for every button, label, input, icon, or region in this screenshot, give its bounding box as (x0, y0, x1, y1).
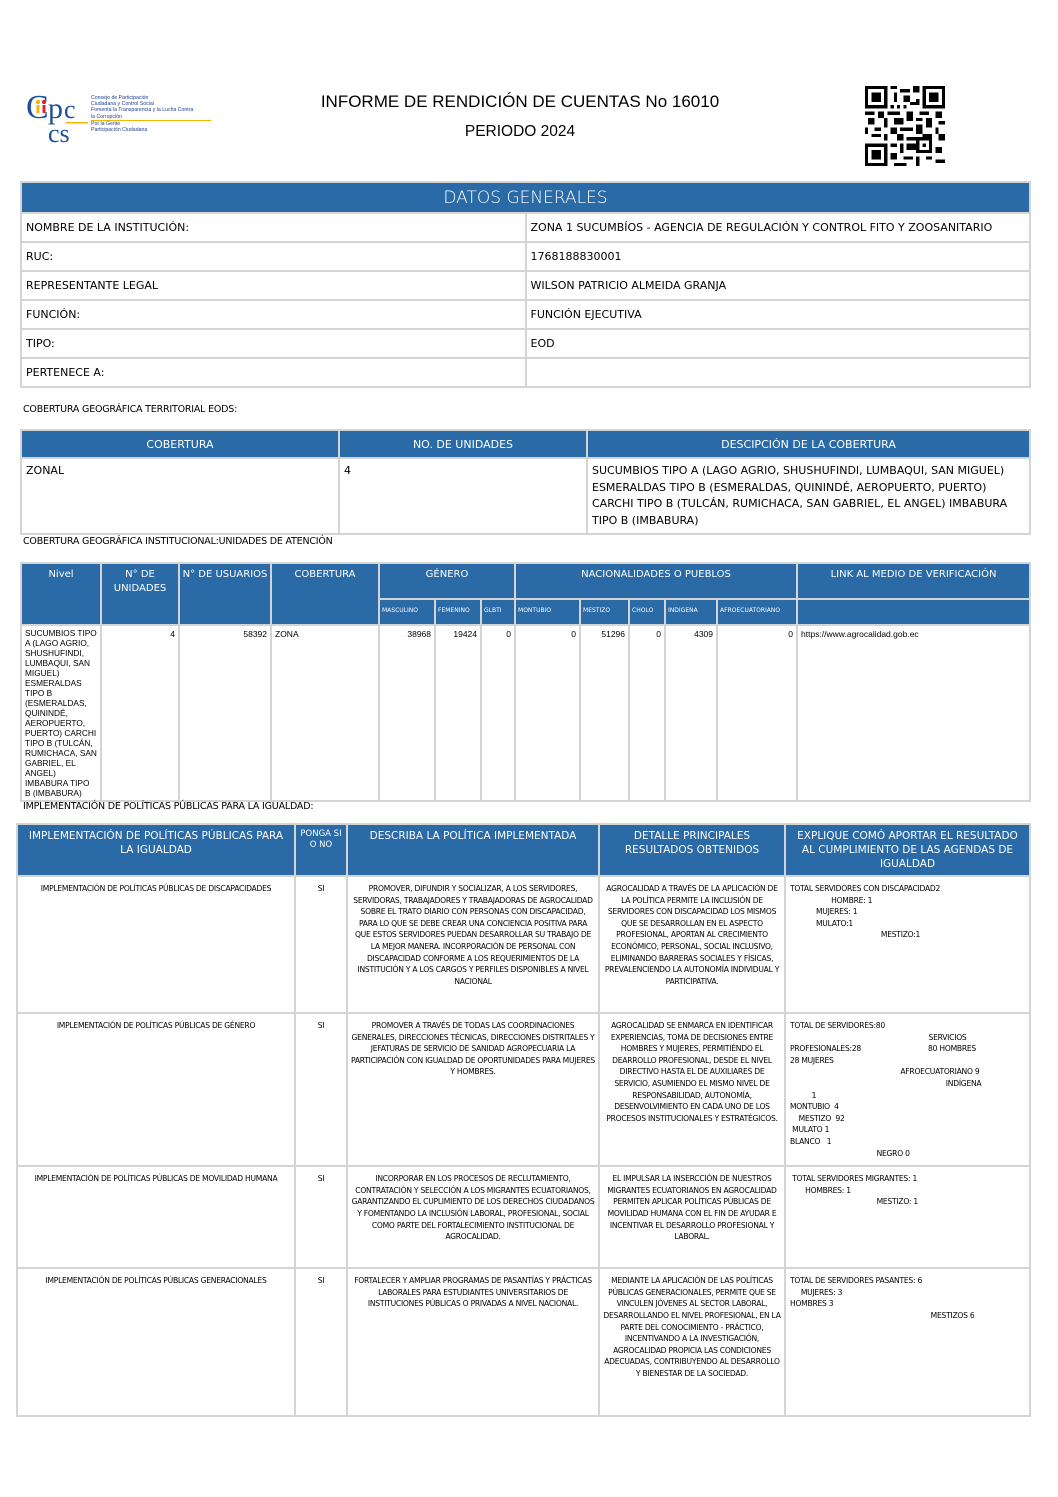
mestizo-value: 51296 (580, 625, 629, 801)
column-header: LINK AL MEDIO DE VERIFICACIÓN (797, 563, 1030, 599)
column-header: NO. DE UNIDADES (339, 430, 587, 458)
logo-line: la Corrupción (91, 114, 211, 121)
institutional-caption: COBERTURA GEOGRÁFICA INSTITUCIONAL:UNIDA… (23, 536, 333, 547)
field-value: WILSON PATRICIO ALMEIDA GRANJA (526, 271, 1031, 300)
policy-description: INCORPORAR EN LOS PROCESOS DE RECLUTAMIE… (347, 1166, 599, 1268)
table-row: NOMBRE DE LA INSTITUCIÓN: ZONA 1 SUCUMBÍ… (21, 213, 1030, 242)
afroecuatoriano-value: 0 (717, 625, 797, 801)
policy-name: IMPLEMENTACIÓN DE POLÍTICAS PÚBLICAS DE … (17, 1166, 295, 1268)
sub-header: MESTIZO (580, 599, 629, 625)
table-row: REPRESENTANTE LEGAL WILSON PATRICIO ALME… (21, 271, 1030, 300)
field-label: TIPO: (21, 329, 526, 358)
column-header: PONGA SI O NO (295, 824, 347, 876)
indigena-value: 4309 (665, 625, 717, 801)
table-row: SUCUMBIOS TIPO A (LAGO AGRIO, SHUSHUFIND… (21, 625, 1030, 801)
column-header: COBERTURA (21, 430, 339, 458)
masculino-value: 38968 (379, 625, 435, 801)
table-row: PERTENECE A: (21, 358, 1030, 387)
equality-policies-table: IMPLEMENTACIÓN DE POLÍTICAS PÚBLICAS PAR… (16, 823, 1031, 1417)
sub-header: MASCULINO (379, 599, 435, 625)
column-header: DESCIPCIÓN DE LA COBERTURA (587, 430, 1030, 458)
report-title: INFORME DE RENDICIÓN DE CUENTAS No 16010 (250, 92, 790, 112)
policy-results: AGROCALIDAD A TRAVÉS DE LA APLICACIÓN DE… (599, 876, 785, 1013)
policy-yes-no: SI (295, 876, 347, 1013)
column-header: EXPLIQUE COMÓ APORTAR EL RESULTADO AL CU… (785, 824, 1030, 876)
logo-caption: Consejo de Participación Ciudadana y Con… (91, 95, 211, 133)
field-value: 1768188830001 (526, 242, 1031, 271)
coverage-type: ZONAL (21, 458, 339, 534)
policies-caption: IMPLEMENTACIÓN DE POLÍTICAS PÚBLICAS PAR… (23, 801, 313, 812)
institutional-coverage-table: Nivel N° DE UNIDADES N° DE USUARIOS COBE… (20, 562, 1031, 802)
policy-contribution: TOTAL DE SERVIDORES:80 SERVICIOS PROFESI… (785, 1013, 1030, 1166)
column-header: GÉNERO (379, 563, 515, 599)
policy-name: IMPLEMENTACIÓN DE POLÍTICAS PÚBLICAS GEN… (17, 1268, 295, 1416)
general-data-title: DATOS GENERALES (21, 182, 1030, 213)
field-label: REPRESENTANTE LEGAL (21, 271, 526, 300)
policy-name: IMPLEMENTACIÓN DE POLÍTICAS PÚBLICAS DE … (17, 1013, 295, 1166)
users-count: 58392 (179, 625, 271, 801)
logo-line: Fomenta la Transparencia y la Lucha Cont… (91, 107, 211, 113)
territorial-coverage-table: COBERTURA NO. DE UNIDADES DESCIPCIÓN DE … (20, 429, 1031, 535)
glbti-value: 0 (481, 625, 515, 801)
sub-header: AFROECUATORIANO (717, 599, 797, 625)
column-header: Nivel (21, 563, 101, 625)
femenino-value: 19424 (435, 625, 481, 801)
sub-header: CHOLO (629, 599, 665, 625)
column-header: COBERTURA (271, 563, 379, 625)
policy-results: AGROCALIDAD SE ENMARCA EN IDENTIFICAR EX… (599, 1013, 785, 1166)
policy-results: MEDIANTE LA APLICACIÓN DE LAS POLÍTICAS … (599, 1268, 785, 1416)
column-header: N° DE USUARIOS (179, 563, 271, 625)
policy-contribution: TOTAL SERVIDORES MIGRANTES: 1 HOMBRES: 1… (785, 1166, 1030, 1268)
coverage: ZONA (271, 625, 379, 801)
field-label: NOMBRE DE LA INSTITUCIÓN: (21, 213, 526, 242)
qr-code-icon (864, 86, 946, 166)
column-header: IMPLEMENTACIÓN DE POLÍTICAS PÚBLICAS PAR… (17, 824, 295, 876)
coverage-description: SUCUMBIOS TIPO A (LAGO AGRIO, SHUSHUFIND… (587, 458, 1030, 534)
sub-header: INDIGENA (665, 599, 717, 625)
field-label: RUC: (21, 242, 526, 271)
policy-yes-no: SI (295, 1268, 347, 1416)
policy-description: PROMOVER A TRAVÉS DE TODAS LAS COORDINAC… (347, 1013, 599, 1166)
general-data-table: DATOS GENERALES NOMBRE DE LA INSTITUCIÓN… (20, 181, 1031, 388)
units-count: 4 (339, 458, 587, 534)
sub-header: FEMENINO (435, 599, 481, 625)
table-row: IMPLEMENTACIÓN DE POLÍTICAS PÚBLICAS DE … (17, 876, 1030, 1013)
level-description: SUCUMBIOS TIPO A (LAGO AGRIO, SHUSHUFIND… (21, 625, 101, 801)
column-header: N° DE UNIDADES (101, 563, 179, 625)
table-row: IMPLEMENTACIÓN DE POLÍTICAS PÚBLICAS GEN… (17, 1268, 1030, 1416)
column-header: DESCRIBA LA POLÍTICA IMPLEMENTADA (347, 824, 599, 876)
table-row: IMPLEMENTACIÓN DE POLÍTICAS PÚBLICAS DE … (17, 1166, 1030, 1268)
policy-yes-no: SI (295, 1013, 347, 1166)
verification-link[interactable]: https://www.agrocalidad.gob.ec (797, 625, 1030, 801)
montubio-value: 0 (515, 625, 580, 801)
policy-description: PROMOVER, DIFUNDIR Y SOCIALIZAR, A LOS S… (347, 876, 599, 1013)
cpccs-logo: C p c cs Consejo de Participación Ciudad… (26, 88, 216, 144)
policy-description: FORTALECER Y AMPLIAR PROGRAMAS DE PASANT… (347, 1268, 599, 1416)
units-count: 4 (101, 625, 179, 801)
field-label: PERTENECE A: (21, 358, 526, 387)
field-value: EOD (526, 329, 1031, 358)
column-header: NACIONALIDADES O PUEBLOS (515, 563, 797, 599)
cholo-value: 0 (629, 625, 665, 801)
column-header: DETALLE PRINCIPALES RESULTADOS OBTENIDOS (599, 824, 785, 876)
policy-contribution: TOTAL DE SERVIDORES PASANTES: 6 MUJERES:… (785, 1268, 1030, 1416)
table-row: ZONAL 4 SUCUMBIOS TIPO A (LAGO AGRIO, SH… (21, 458, 1030, 534)
policy-name: IMPLEMENTACIÓN DE POLÍTICAS PÚBLICAS DE … (17, 876, 295, 1013)
field-label: FUNCIÓN: (21, 300, 526, 329)
table-row: TIPO: EOD (21, 329, 1030, 358)
table-row: RUC: 1768188830001 (21, 242, 1030, 271)
policy-yes-no: SI (295, 1166, 347, 1268)
table-row: IMPLEMENTACIÓN DE POLÍTICAS PÚBLICAS DE … (17, 1013, 1030, 1166)
sub-header: GLBTI (481, 599, 515, 625)
policy-contribution: TOTAL SERVIDORES CON DISCAPACIDAD2 HOMBR… (785, 876, 1030, 1013)
field-value: ZONA 1 SUCUMBÍOS - AGENCIA DE REGULACIÓN… (526, 213, 1031, 242)
territorial-caption: COBERTURA GEOGRÁFICA TERRITORIAL EODS: (23, 404, 237, 415)
report-period: PERIODO 2024 (250, 123, 790, 141)
policy-results: EL IMPULSAR LA INSERCCIÓN DE NUESTROS MI… (599, 1166, 785, 1268)
field-value (526, 358, 1031, 387)
cpccs-logo-icon: C p c cs (26, 88, 90, 144)
sub-header: MONTUBIO (515, 599, 580, 625)
table-row: FUNCIÓN: FUNCIÓN EJECUTIVA (21, 300, 1030, 329)
logo-line: Participación Ciudadana (91, 127, 211, 133)
sub-header (797, 599, 1030, 625)
field-value: FUNCIÓN EJECUTIVA (526, 300, 1031, 329)
